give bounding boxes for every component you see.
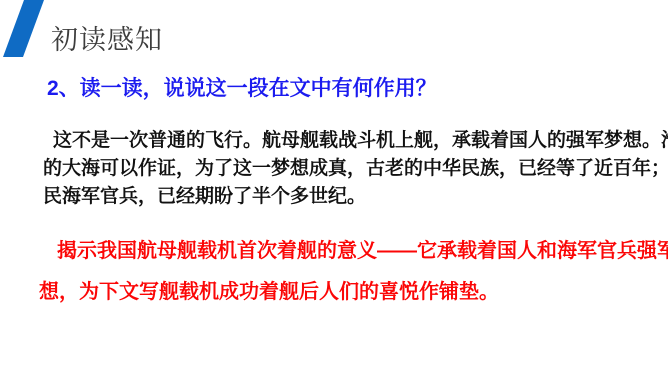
passage-line: 的大海可以作证，为了这一梦想成真，古老的中华民族，已经等了近百年；人 bbox=[25, 155, 655, 183]
answer-paragraph: 揭示我国航母舰载机首次着舰的意义——它承载着国人和海军官兵强军的梦 想，为下文写… bbox=[25, 231, 655, 313]
passage-paragraph: 这不是一次普通的飞行。航母舰载战斗机上舰，承载着国人的强军梦想。浩瀚 的大海可以… bbox=[25, 127, 655, 211]
passage-line: 这不是一次普通的飞行。航母舰载战斗机上舰，承载着国人的强军梦想。浩瀚 bbox=[25, 127, 655, 155]
answer-line: 揭示我国航母舰载机首次着舰的意义——它承载着国人和海军官兵强军的梦 bbox=[25, 231, 655, 272]
slide-title: 初读感知 bbox=[51, 24, 163, 56]
answer-line: 想，为下文写舰载机成功着舰后人们的喜悦作铺垫。 bbox=[25, 272, 655, 313]
passage-line: 民海军官兵，已经期盼了半个多世纪。 bbox=[25, 183, 655, 211]
question-heading: 2、读一读，说说这一段在文中有何作用？ bbox=[47, 76, 437, 102]
blue-parallelogram-icon bbox=[3, 0, 45, 57]
slide-canvas: 初读感知 2、读一读，说说这一段在文中有何作用？ 这不是一次普通的飞行。航母舰载… bbox=[0, 0, 668, 376]
